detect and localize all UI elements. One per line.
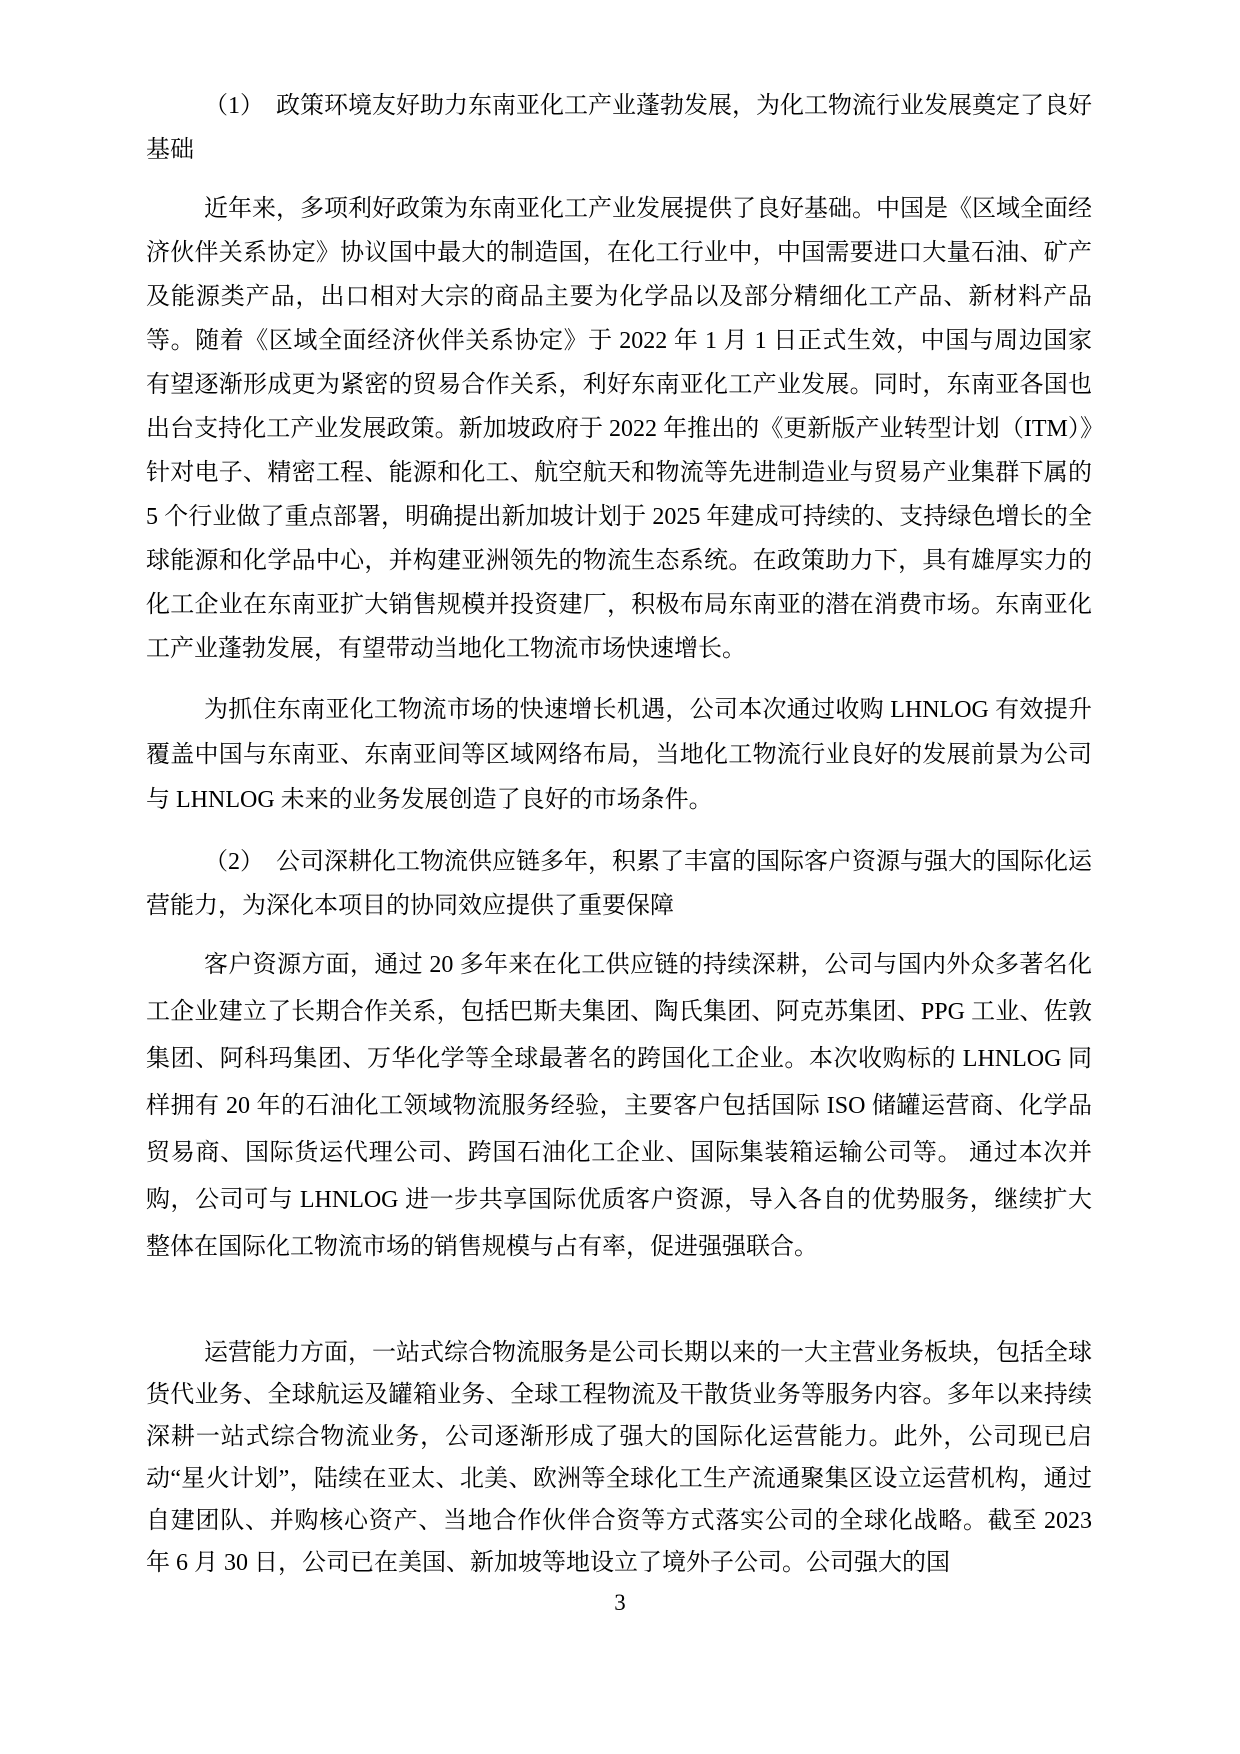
paragraph-acquisition-opportunity: 为抓住东南亚化工物流市场的快速增长机遇，公司本次通过收购 LHNLOG 有效提升… (146, 688, 1092, 823)
paragraph-customer-resources: 客户资源方面，通过 20 多年来在化工供应链的持续深耕，公司与国内外众多著名化工… (146, 942, 1092, 1271)
page-number: 3 (0, 1590, 1240, 1616)
document-page: （1） 政策环境友好助力东南亚化工产业蓬勃发展，为化工物流行业发展奠定了良好基础… (0, 0, 1240, 1754)
page-content: （1） 政策环境友好助力东南亚化工产业蓬勃发展，为化工物流行业发展奠定了良好基础… (146, 84, 1092, 1584)
section-heading-2: （2） 公司深耕化工物流供应链多年，积累了丰富的国际客户资源与强大的国际化运营能… (146, 840, 1092, 928)
paragraph-policy-environment: 近年来，多项利好政策为东南亚化工产业发展提供了良好基础。中国是《区域全面经济伙伴… (146, 187, 1092, 671)
section-heading-1: （1） 政策环境友好助力东南亚化工产业蓬勃发展，为化工物流行业发展奠定了良好基础 (146, 84, 1092, 172)
paragraph-operational-capability: 运营能力方面，一站式综合物流服务是公司长期以来的一大主营业务板块，包括全球货代业… (146, 1332, 1092, 1584)
